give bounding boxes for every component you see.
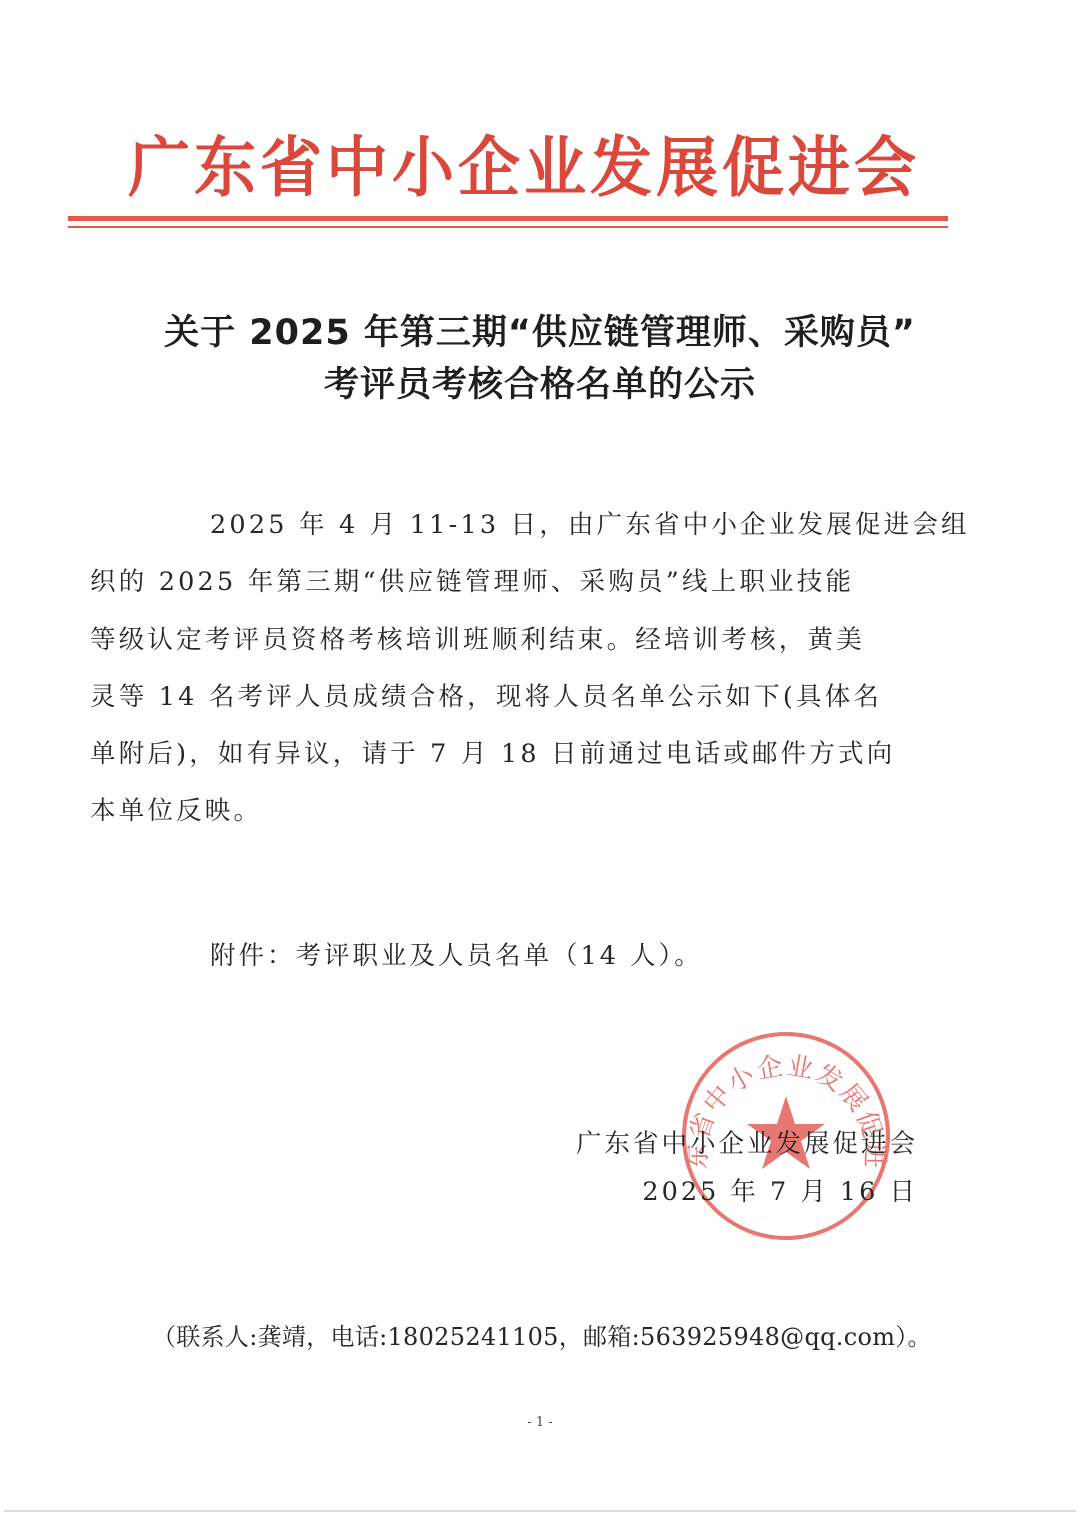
contact-info: （联系人:龚靖，电话:18025241105，邮箱:563925948@qq.c… — [152, 1317, 932, 1352]
body-line: 等级认定考评员资格考核培训班顺利结束。经培训考核，黄美 — [90, 612, 920, 669]
body-line: 织的 2025 年第三期“供应链管理师、采购员”线上职业技能 — [90, 554, 920, 611]
attachment-note: 附件：考评职业及人员名单（14 人）。 — [210, 936, 703, 972]
masthead-divider-thin — [68, 226, 948, 228]
signature-date: 2025 年 7 月 16 日 — [642, 1172, 918, 1208]
body-line: 灵等 14 名考评人员成绩合格，现将人员名单公示如下(具体名 — [90, 669, 920, 726]
signature-organization: 广东省中小企业发展促进会 — [576, 1124, 918, 1160]
page-bottom-edge — [4, 1510, 1076, 1512]
organization-masthead: 广东省中小企业发展促进会 — [128, 126, 908, 210]
body-line: 本单位反映。 — [90, 783, 920, 840]
page-number: - 1 - — [0, 1415, 1080, 1430]
document-title-line-2: 考评员考核合格名单的公示 — [100, 357, 980, 407]
body-line: 2025 年 4 月 11-13 日，由广东省中小企业发展促进会组 — [150, 497, 920, 554]
body-line: 单附后)，如有异议，请于 7 月 18 日前通过电话或邮件方式向 — [90, 726, 920, 783]
body-paragraph: 2025 年 4 月 11-13 日，由广东省中小企业发展促进会组 织的 202… — [150, 497, 920, 841]
document-title-line-1: 关于 2025 年第三期“供应链管理师、采购员” — [100, 305, 980, 355]
masthead-divider-thick — [68, 216, 948, 221]
